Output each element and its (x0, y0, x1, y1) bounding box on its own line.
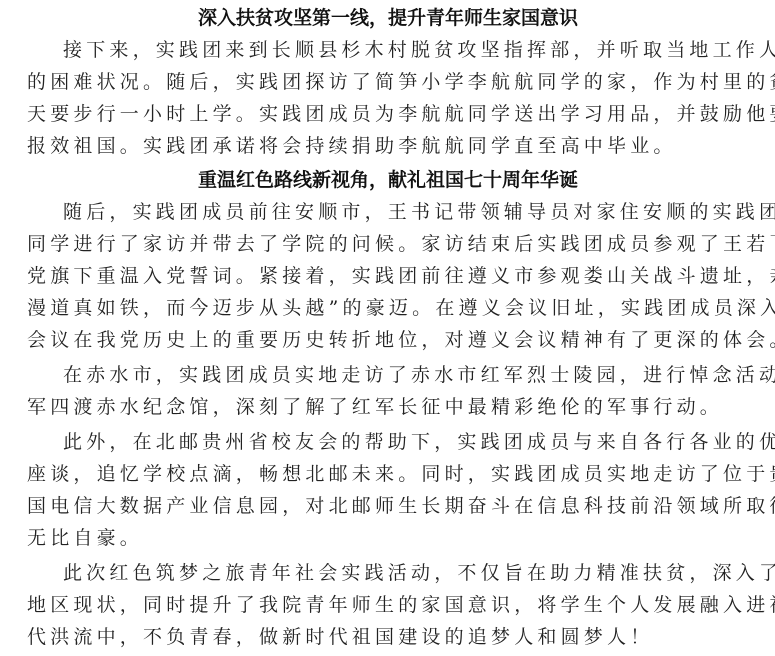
text-line: 无比自豪。 (27, 522, 749, 554)
text-line: 天要步行一小时上学。实践团成员为李航航同学送出学习用品，并鼓励他要好好学习， (27, 98, 749, 130)
text-line: 接下来，实践团来到长顺县杉木村脱贫攻坚指挥部，并听取当地工作人员介绍面临 (27, 34, 749, 66)
text-line: 地区现状，同时提升了我院青年师生的家国意识，将学生个人发展融入进祖国建设的时 (27, 589, 749, 621)
text-line: 会议在我党历史上的重要历史转折地位，对遵义会议精神有了更深的体会。 (27, 324, 749, 356)
text-line: 军四渡赤水纪念馆，深刻了解了红军长征中最精彩绝伦的军事行动。 (27, 391, 749, 423)
text-line: 报效祖国。实践团承诺将会持续捐助李航航同学直至高中毕业。 (27, 130, 749, 162)
section-heading: 重温红色路线新视角，献礼祖国七十周年华诞 (27, 164, 749, 196)
text-line: 漫道真如铁，而今迈步从头越”的豪迈。在遵义会议旧址，实践团成员深入了解了遵义 (27, 292, 749, 324)
text-line: 此外，在北邮贵州省校友会的帮助下，实践团成员与来自各行各业的优秀校友进行了 (27, 426, 749, 458)
text-line: 国电信大数据产业信息园，对北邮师生长期奋斗在信息科技前沿领域所取得的成绩感到 (27, 490, 749, 522)
text-line: 党旗下重温入党誓词。紧接着，实践团前往遵义市参观娄山关战斗遗址，亲身感受“雄关 (27, 260, 749, 292)
paragraph: 此次红色筑梦之旅青年社会实践活动，不仅旨在助力精准扶贫，深入了解祖国中西部 地区… (27, 557, 749, 653)
text-line: 代洪流中，不负青春，做新时代祖国建设的追梦人和圆梦人！ (27, 621, 749, 653)
document-body: 深入扶贫攻坚第一线，提升青年师生家国意识 接下来，实践团来到长顺县杉木村脱贫攻坚… (27, 0, 749, 653)
text-line: 随后，实践团成员前往安顺市，王书记带领辅导员对家住安顺的实践团成员吴芯竹 (27, 196, 749, 228)
text-line: 此次红色筑梦之旅青年社会实践活动，不仅旨在助力精准扶贫，深入了解祖国中西部 (27, 557, 749, 589)
text-line: 座谈，追忆学校点滴，畅想北邮未来。同时，实践团成员实地走访了位于贵安新区的中 (27, 458, 749, 490)
paragraph: 接下来，实践团来到长顺县杉木村脱贫攻坚指挥部，并听取当地工作人员介绍面临 的困难… (27, 34, 749, 162)
paragraph: 在赤水市，实践团成员实地走访了赤水市红军烈士陵园，进行悼念活动，并参观了红 军四… (27, 359, 749, 423)
text-line: 的困难状况。随后，实践团探访了简笋小学李航航同学的家，作为村里的贫苦户，他每 (27, 66, 749, 98)
text-line: 在赤水市，实践团成员实地走访了赤水市红军烈士陵园，进行悼念活动，并参观了红 (27, 359, 749, 391)
paragraph: 此外，在北邮贵州省校友会的帮助下，实践团成员与来自各行各业的优秀校友进行了 座谈… (27, 426, 749, 554)
section-heading: 深入扶贫攻坚第一线，提升青年师生家国意识 (27, 2, 749, 34)
paragraph: 随后，实践团成员前往安顺市，王书记带领辅导员对家住安顺的实践团成员吴芯竹 同学进… (27, 196, 749, 356)
text-line: 同学进行了家访并带去了学院的问候。家访结束后实践团成员参观了王若飞故居，并在 (27, 228, 749, 260)
